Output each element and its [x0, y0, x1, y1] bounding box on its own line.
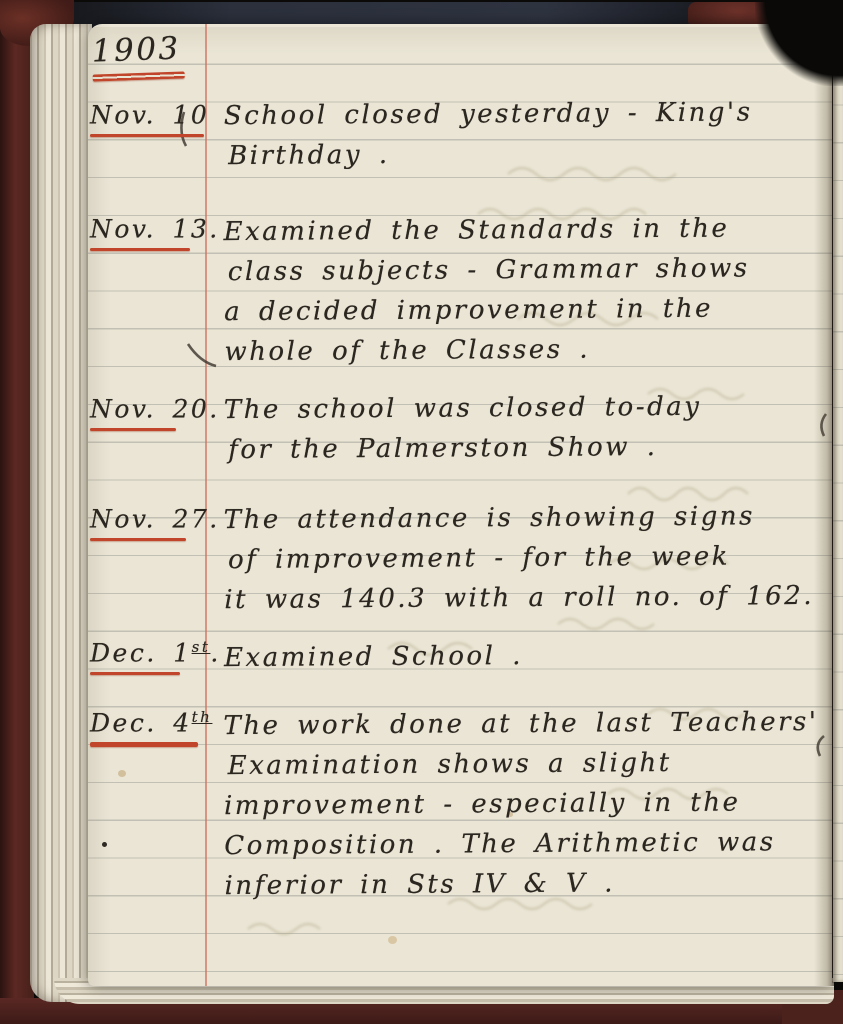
entry-date: Dec. 4th	[90, 708, 212, 747]
red-underline	[90, 248, 190, 251]
entry-date: Dec. 1st.	[90, 638, 221, 675]
page-edges-left	[30, 24, 92, 1002]
next-page-sliver	[833, 30, 843, 982]
year-heading: 1903	[91, 30, 185, 81]
ink-spot	[102, 842, 107, 847]
background-corner	[755, 0, 843, 86]
foxing-spot	[118, 770, 126, 777]
date-text: Dec. 4	[90, 708, 192, 737]
red-underline	[90, 538, 186, 541]
entry-text: Examined the Standards in the class subj…	[223, 208, 824, 372]
date-text: Nov. 20.	[90, 394, 220, 423]
book-cover-left	[0, 6, 34, 1020]
red-underline	[90, 134, 204, 137]
entry-text: The school was closed to-day for the Pal…	[224, 386, 825, 470]
red-underline	[90, 742, 198, 747]
entry-text: The attendance is showing signs of impro…	[224, 496, 825, 620]
entry-date: Nov. 20.	[90, 394, 220, 431]
entry-date: Nov. 10	[90, 100, 209, 137]
red-underline	[90, 672, 180, 675]
date-text: Nov. 13.	[90, 214, 220, 243]
date-text: Nov. 10	[90, 100, 209, 129]
foxing-spot	[388, 936, 397, 944]
entry-date: Nov. 13.	[90, 214, 220, 251]
date-text: Dec. 1	[90, 638, 192, 667]
logbook-photo: 1903 Nov. 10 School closed yesterday - K…	[0, 0, 843, 1024]
date-text: Nov. 27.	[90, 504, 220, 533]
year-text: 1903	[91, 31, 181, 70]
entry-text: The work done at the last Teachers' Exam…	[223, 702, 824, 906]
entry-text: Examined School .	[224, 634, 824, 678]
entry-date: Nov. 27.	[90, 504, 220, 541]
red-underline	[90, 428, 176, 431]
entry-text: School closed yesterday - King's Birthda…	[224, 92, 825, 176]
